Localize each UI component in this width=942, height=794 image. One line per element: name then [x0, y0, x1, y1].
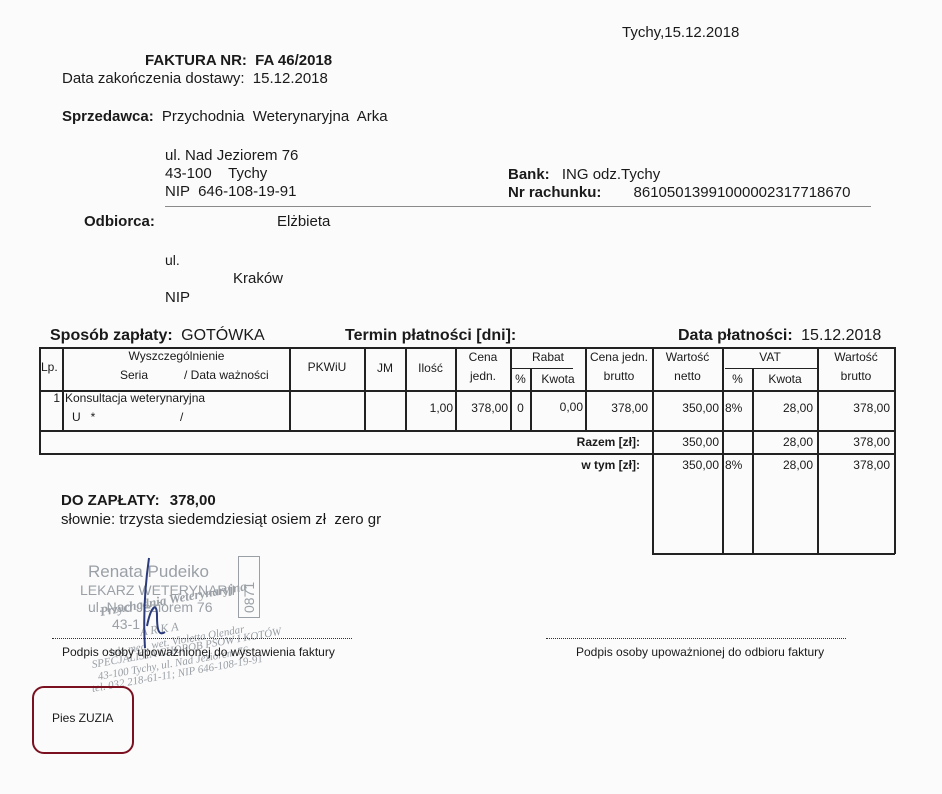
buyer-city: Kraków — [233, 270, 283, 287]
col-gross-unit-2: brutto — [586, 369, 652, 383]
row-vat-pct: 8% — [725, 401, 742, 415]
seller-city: 43-100 Tychy — [165, 165, 267, 182]
row-lp: 1 — [40, 391, 60, 405]
row-unit-price: 378,00 — [456, 401, 508, 415]
invoice-title: FAKTURA NR: FA 46/2018 — [145, 52, 332, 69]
of-which-label: w tym [zł]: — [500, 458, 640, 472]
col-expiry: / Data ważności — [184, 368, 269, 382]
row-vat-amt: 28,00 — [753, 401, 813, 415]
payment-date-label: Data płatności: — [678, 327, 793, 344]
payment-method-value: GOTÓWKA — [181, 327, 265, 344]
col-pkwiu: PKWiU — [290, 360, 364, 374]
amount-due: DO ZAPŁATY: 378,00 — [61, 492, 216, 509]
col-gross-unit-1: Cena jedn. — [586, 350, 652, 364]
row-net: 350,00 — [653, 401, 719, 415]
amount-due-label: DO ZAPŁATY: — [61, 492, 160, 509]
of-which-net: 350,00 — [653, 458, 719, 472]
delivery-date-line: Data zakończenia dostawy: 15.12.2018 — [62, 70, 328, 87]
of-which-vat-pct: 8% — [725, 458, 742, 472]
col-qty: Ilość — [406, 361, 455, 375]
seller-name: Przychodnia Weterynaryjna Arka — [162, 108, 388, 125]
account-label: Nr rachunku: — [508, 184, 601, 201]
signature-scribble — [135, 556, 175, 656]
issuer-signature-line — [52, 638, 352, 639]
account-line: Nr rachunku: 86105013991000002317718670 — [508, 184, 850, 201]
receiver-signature-caption: Podpis osoby upoważnionej do odbioru fak… — [576, 645, 824, 659]
receiver-signature-line — [546, 638, 846, 639]
seller-nip: NIP 646-108-19-91 — [165, 183, 296, 200]
amount-due-value: 378,00 — [170, 492, 216, 509]
col-discount-pct: % — [511, 372, 530, 386]
row-discount-pct: 0 — [511, 401, 530, 415]
col-desc: Wyszczególnienie — [64, 349, 289, 363]
col-lp: Lp. — [41, 360, 58, 374]
address-divider — [165, 206, 871, 207]
row-series: U * — [72, 410, 95, 424]
total-gross: 378,00 — [818, 435, 890, 449]
total-label: Razem [zł]: — [500, 435, 640, 449]
payment-method: Sposób zapłaty: GOTÓWKA — [50, 327, 265, 345]
col-unit-price-1: Cena — [456, 350, 510, 364]
buyer-name: Elżbieta — [277, 213, 330, 230]
col-gross-1: Wartość — [818, 350, 894, 364]
col-jm: JM — [365, 361, 405, 375]
of-which-gross: 378,00 — [818, 458, 890, 472]
bank-value: ING odz.Tychy — [562, 166, 660, 183]
row-expiry: / — [180, 410, 183, 424]
col-series: Seria — [120, 368, 148, 382]
bank-line: Bank: ING odz.Tychy — [508, 166, 660, 183]
bank-label: Bank: — [508, 166, 550, 183]
payment-method-label: Sposób zapłaty: — [50, 327, 173, 344]
row-discount-amt: 0,00 — [531, 400, 583, 414]
col-unit-price-2: jedn. — [456, 369, 510, 383]
seller-label: Sprzedawca: — [62, 108, 154, 125]
col-discount-amt: Kwota — [531, 372, 585, 386]
buyer-street: ul. — [165, 252, 180, 268]
of-which-vat-amt: 28,00 — [753, 458, 813, 472]
invoice-number: FA 46/2018 — [255, 52, 332, 69]
payment-date-value: 15.12.2018 — [801, 327, 881, 344]
place-date: Tychy,15.12.2018 — [622, 24, 739, 41]
payment-term-label: Termin płatności [dni]: — [345, 327, 516, 345]
row-gross: 378,00 — [818, 401, 890, 415]
issuer-signature-caption: Podpis osoby upoważnionej do wystawienia… — [62, 645, 335, 659]
payment-date: Data płatności: 15.12.2018 — [678, 327, 881, 345]
pet-note-text: Pies ZUZIA — [52, 711, 113, 725]
delivery-date: 15.12.2018 — [253, 70, 328, 87]
row-desc: Konsultacja weterynaryjna — [65, 391, 205, 405]
delivery-label: Data zakończenia dostawy: — [62, 70, 245, 87]
buyer-label: Odbiorca: — [84, 213, 155, 230]
col-vat: VAT — [723, 350, 817, 364]
seller-line: Sprzedawca: Przychodnia Weterynaryjna Ar… — [62, 108, 388, 125]
col-net-1: Wartość — [653, 350, 722, 364]
row-qty: 1,00 — [406, 401, 453, 415]
col-vat-amt: Kwota — [753, 372, 817, 386]
col-gross-2: brutto — [818, 369, 894, 383]
account-number: 86105013991000002317718670 — [634, 184, 851, 201]
total-net: 350,00 — [653, 435, 719, 449]
col-vat-pct: % — [723, 372, 752, 386]
col-net-2: netto — [653, 369, 722, 383]
col-discount: Rabat — [511, 350, 585, 364]
invoice-label: FAKTURA NR: — [145, 52, 247, 69]
seller-street: ul. Nad Jeziorem 76 — [165, 147, 298, 164]
row-gross-unit: 378,00 — [586, 401, 648, 415]
buyer-nip: NIP — [165, 289, 190, 306]
amount-in-words: słownie: trzysta siedemdziesiąt osiem zł… — [61, 511, 381, 528]
total-vat-amt: 28,00 — [753, 435, 813, 449]
